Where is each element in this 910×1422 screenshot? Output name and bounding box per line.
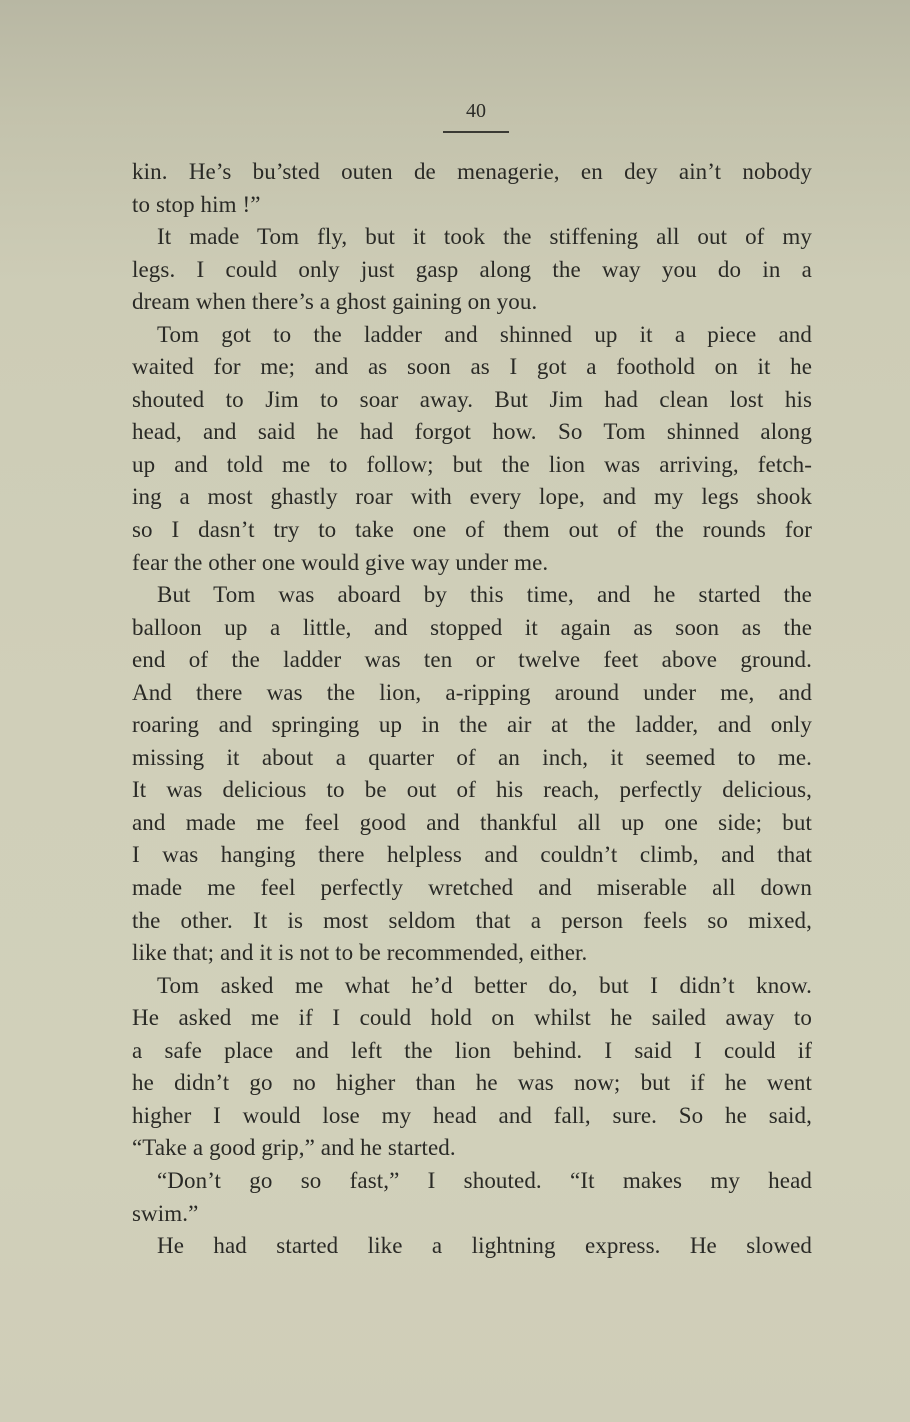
text-line: “Don’t go so fast,” I shouted. “It makes… <box>132 1165 812 1198</box>
text-line: Tom asked me what he’d better do, but I … <box>132 970 812 1003</box>
text-line: It made Tom fly, but it took the stiffen… <box>132 221 812 254</box>
text-line: He asked me if I could hold on whilst he… <box>132 1002 812 1035</box>
text-line: It was delicious to be out of his reach,… <box>132 774 812 807</box>
text-line: ing a most ghastly roar with every lope,… <box>132 481 812 514</box>
text-line: roaring and springing up in the air at t… <box>132 709 812 742</box>
text-line: to stop him !” <box>132 189 812 222</box>
text-line: dream when there’s a ghost gaining on yo… <box>132 286 812 319</box>
text-line: the other. It is most seldom that a pers… <box>132 905 812 938</box>
text-line: shouted to Jim to soar away. But Jim had… <box>132 384 812 417</box>
book-page: 40 kin. He’s bu’sted outen de menagerie,… <box>0 0 910 1422</box>
text-line: kin. He’s bu’sted outen de menagerie, en… <box>132 156 812 189</box>
text-line: and made me feel good and thankful all u… <box>132 807 812 840</box>
text-line: But Tom was aboard by this time, and he … <box>132 579 812 612</box>
page-number-rule <box>443 131 509 133</box>
text-line: made me feel perfectly wretched and mise… <box>132 872 812 905</box>
text-line: balloon up a little, and stopped it agai… <box>132 612 812 645</box>
text-line: up and told me to follow; but the lion w… <box>132 449 812 482</box>
text-line: fear the other one would give way under … <box>132 547 812 580</box>
text-line: missing it about a quarter of an inch, i… <box>132 742 812 775</box>
text-line: waited for me; and as soon as I got a fo… <box>132 351 812 384</box>
text-line: I was hanging there helpless and couldn’… <box>132 839 812 872</box>
text-line: He had started like a lightning express.… <box>132 1230 812 1263</box>
text-line: higher I would lose my head and fall, su… <box>132 1100 812 1133</box>
text-line: a safe place and left the lion behind. I… <box>132 1035 812 1068</box>
text-line: swim.” <box>132 1198 812 1231</box>
text-line: “Take a good grip,” and he started. <box>132 1132 812 1165</box>
text-line: And there was the lion, a-ripping around… <box>132 677 812 710</box>
text-line: he didn’t go no higher than he was now; … <box>132 1067 812 1100</box>
body-text: kin. He’s bu’sted outen de menagerie, en… <box>132 156 812 1263</box>
text-line: Tom got to the ladder and shinned up it … <box>132 319 812 352</box>
text-line: so I dasn’t try to take one of them out … <box>132 514 812 547</box>
page-number: 40 <box>443 99 509 123</box>
text-line: head, and said he had forgot how. So Tom… <box>132 416 812 449</box>
text-line: legs. I could only just gasp along the w… <box>132 254 812 287</box>
text-line: end of the ladder was ten or twelve feet… <box>132 644 812 677</box>
text-line: like that; and it is not to be recommend… <box>132 937 812 970</box>
